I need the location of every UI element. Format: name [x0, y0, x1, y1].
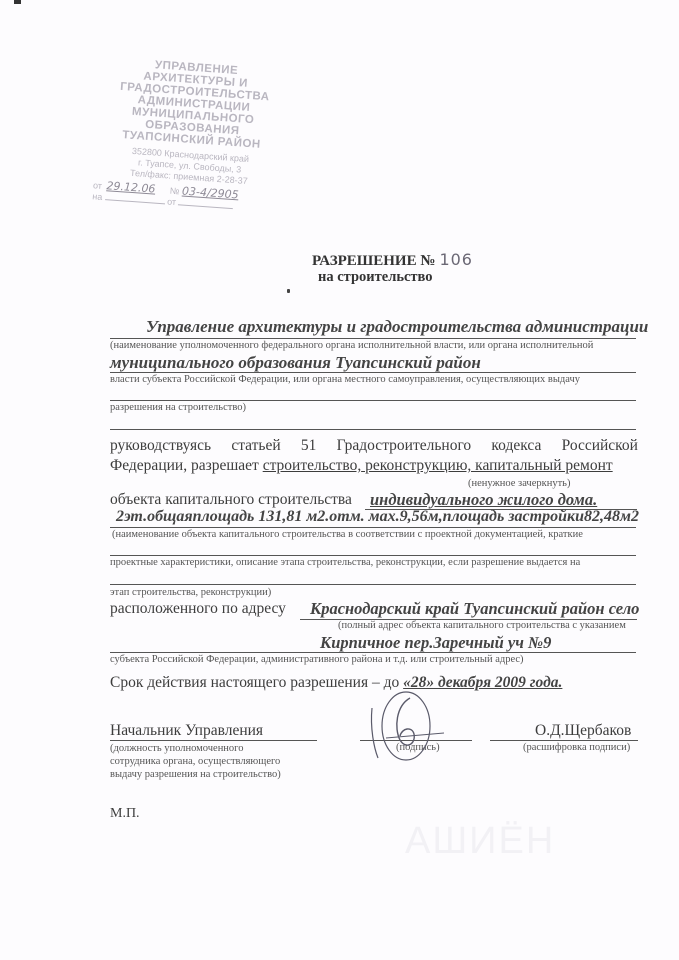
authority-line-2: муниципального образования Туапсинский р…	[110, 353, 481, 373]
address-caption-1: (полный адрес объекта капитального строи…	[338, 620, 626, 631]
seal-place-label: М.П.	[110, 806, 140, 822]
document-title: РАЗРЕШЕНИЕ №106	[312, 250, 473, 270]
legal-basis-line: руководствуясь статьей 51 Градостроитель…	[110, 437, 638, 455]
permit-number: 106	[439, 250, 473, 269]
faint-watermark: АШИЁН	[405, 820, 555, 863]
name-caption: (расшифровка подписи)	[523, 742, 630, 753]
object-caption-2: проектные характеристики, описание этапа…	[110, 557, 580, 568]
stamp-ref-suffix: от	[167, 196, 177, 207]
address-caption-2: субъекта Российской Федерации, администр…	[110, 654, 524, 665]
struck-work-types: реконструкцию, капитальный ремонт	[361, 457, 612, 474]
title-heading: РАЗРЕШЕНИЕ №	[312, 253, 435, 269]
address-line-1: Краснодарский край Туапсинский район сел…	[310, 599, 639, 619]
scan-corner-mark	[14, 0, 21, 4]
authority-caption-1: (наименование уполномоченного федерально…	[110, 340, 593, 351]
stamp-number-prefix: №	[170, 186, 180, 197]
permitted-work-type: строительство,	[263, 457, 362, 474]
authority-line-1: Управление архитектуры и градостроительс…	[146, 317, 648, 337]
position-caption: (должность уполномоченного сотрудника ор…	[110, 742, 281, 781]
document-subtitle: на строительство	[318, 269, 433, 286]
object-caption-1: (наименование объекта капитального строи…	[112, 529, 583, 540]
validity-line: Срок действия настоящего разрешения – до…	[110, 674, 562, 692]
dot-mark	[287, 289, 290, 293]
permission-line: Федерации, разрешает строительство, реко…	[110, 457, 613, 475]
address-prefix: расположенного по адресу	[110, 600, 286, 618]
object-prefix: объекта капитального строительства	[110, 491, 352, 509]
object-name: индивидуального жилого дома.	[370, 490, 597, 510]
authority-caption-3: разрешения на строительство)	[110, 402, 246, 413]
handwritten-signature	[366, 688, 444, 768]
struck-caption: (ненужное зачеркнуть)	[468, 478, 570, 489]
authority-caption-2: власти субъекта Российской Федерации, ил…	[110, 374, 580, 385]
object-caption-3: этап строительства, реконструкции)	[110, 587, 271, 598]
registration-stamp: УПРАВЛЕНИЕ АРХИТЕКТУРЫ И ГРАДОСТРОИТЕЛЬС…	[90, 56, 291, 239]
signatory-name: О.Д.Щербаков	[535, 722, 631, 740]
signatory-position: Начальник Управления	[110, 722, 263, 740]
object-details: 2эт.общаяплощадь 131,81 м2.отм. мах.9,56…	[116, 508, 639, 526]
address-line-2: Кирпичное пер.Заречный уч №9	[320, 633, 551, 653]
stamp-ref-prefix: на	[92, 191, 103, 202]
stamp-date-prefix: от	[93, 180, 103, 191]
